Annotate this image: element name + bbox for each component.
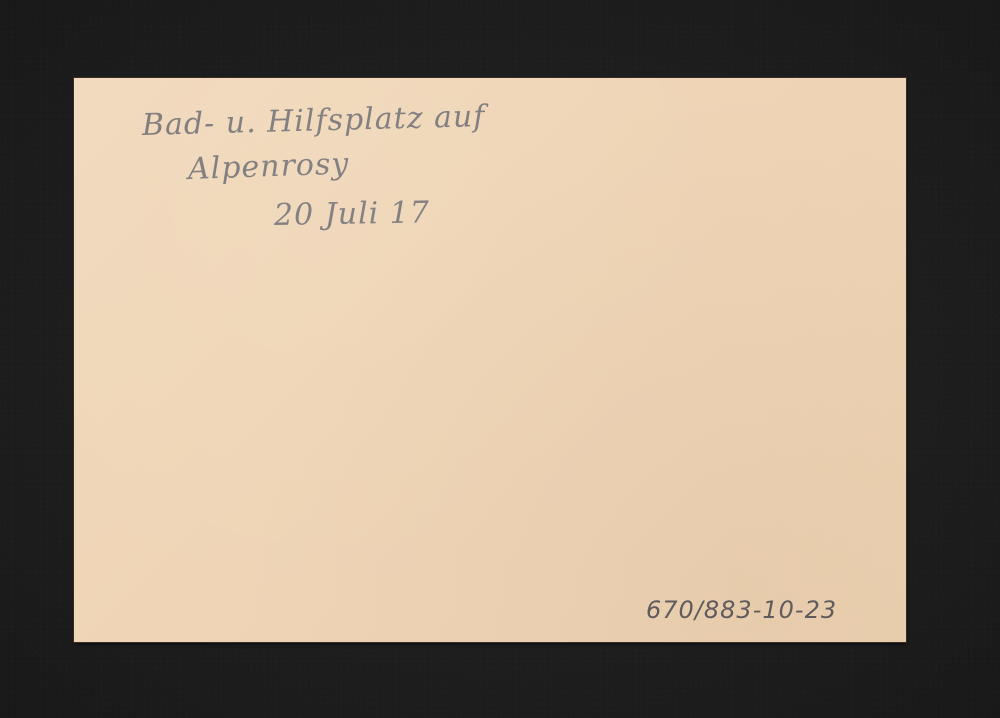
archive-reference-number: 670/883-10-23 bbox=[646, 596, 837, 624]
handwritten-line-2: Alpenrosy bbox=[187, 146, 349, 187]
archival-card: Bad- u. Hilfsplatz auf Alpenrosy 20 Juli… bbox=[74, 78, 906, 642]
handwritten-line-1: Bad- u. Hilfsplatz auf bbox=[142, 99, 486, 143]
handwritten-date: 20 Juli 17 bbox=[274, 195, 431, 233]
